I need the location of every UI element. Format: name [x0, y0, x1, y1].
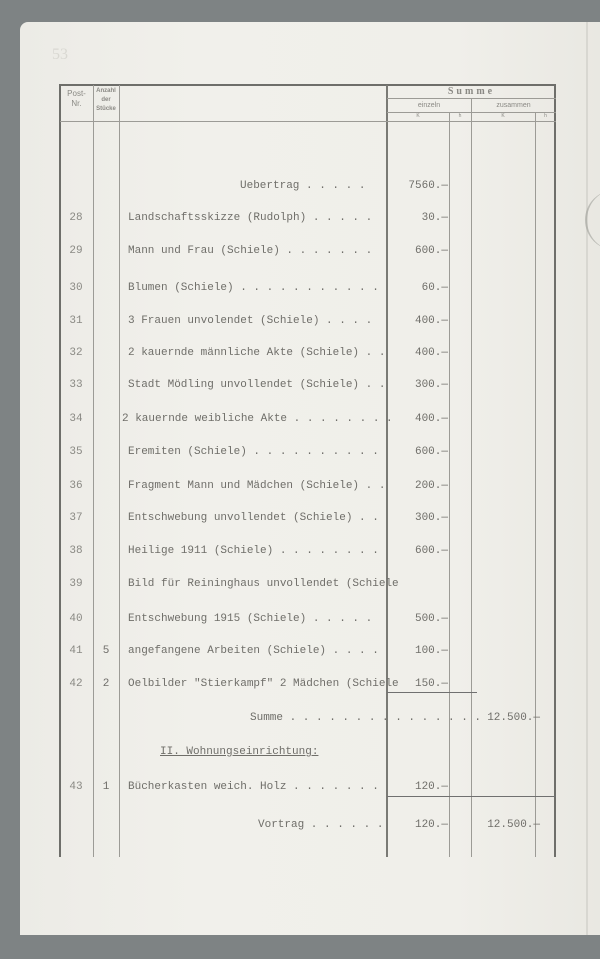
header-summe: Summe: [387, 87, 556, 97]
carry-out-label: Vortrag . . . . . .: [258, 819, 383, 831]
section-heading-row: II. Wohnungseinrichtung:: [0, 746, 600, 762]
table-row: 36Fragment Mann und Mädchen (Schiele) . …: [0, 480, 600, 496]
subtotal-row: Summe . . . . . . . . . . . . . . . 12.5…: [0, 712, 600, 728]
header-einzeln-k: K: [387, 114, 449, 119]
table-row: 30Blumen (Schiele) . . . . . . . . . . .…: [0, 282, 600, 298]
carry-out-row: Vortrag . . . . . . 120.— 12.500.—: [0, 819, 600, 835]
pencil-page-mark: 53: [52, 46, 68, 64]
header-line-summe: [387, 98, 556, 99]
header-line-einzeln: [387, 112, 556, 113]
header-einzeln: einzeln: [387, 102, 471, 109]
inventory-table: [59, 84, 556, 857]
table-row: 313 Frauen unvolendet (Schiele) . . . .4…: [0, 315, 600, 331]
header-einzeln-h: h: [449, 114, 471, 119]
table-row: 35Eremiten (Schiele) . . . . . . . . . .…: [0, 446, 600, 462]
subtotal-label: Summe . . . . . . . . . . . . . . .: [250, 712, 481, 724]
header-anzahl: Anzahl der Stücke: [93, 87, 119, 114]
carry-out-underline: [387, 796, 556, 797]
col-divider-post: [93, 85, 94, 857]
table-row: 40Entschwebung 1915 (Schiele) . . . . .5…: [0, 613, 600, 629]
table-row: 29Mann und Frau (Schiele) . . . . . . .6…: [0, 245, 600, 261]
carry-out-einzeln: 120.—: [415, 819, 448, 831]
col-divider-anzahl: [119, 85, 120, 857]
subtotal-zusammen: 12.500.—: [487, 712, 540, 724]
subtotal-underline: [387, 692, 477, 693]
table-row: 37Entschwebung unvollendet (Schiele) . .…: [0, 512, 600, 528]
header-zusammen-k: K: [471, 114, 535, 119]
table-row: 39Bild für Reininghaus unvollendet (Schi…: [0, 578, 600, 594]
table-row: 342 kauernde weibliche Akte . . . . . . …: [0, 413, 600, 429]
table-row: 33Stadt Mödling unvollendet (Schiele) . …: [0, 379, 600, 395]
header-line-bottom: [60, 121, 556, 122]
page-fold: [586, 22, 588, 935]
carry-out-zusammen: 12.500.—: [487, 819, 540, 831]
carry-in-label: Uebertrag . . . . .: [240, 180, 365, 192]
header-post-nr: Post- Nr.: [60, 89, 93, 109]
carry-in-einzeln: 7560.—: [408, 180, 448, 192]
header-zusammen-h: h: [535, 114, 556, 119]
header-zusammen: zusammen: [471, 102, 556, 109]
table-row: 38Heilige 1911 (Schiele) . . . . . . . .…: [0, 545, 600, 561]
table-row: 431Bücherkasten weich. Holz . . . . . . …: [0, 781, 600, 797]
carry-in-row: Uebertrag . . . . . 7560.—: [0, 180, 600, 196]
table-row: 415angefangene Arbeiten (Schiele) . . . …: [0, 645, 600, 661]
section-title: II. Wohnungseinrichtung:: [160, 746, 318, 758]
table-row: 422Oelbilder "Stierkampf" 2 Mädchen (Sch…: [0, 678, 600, 694]
col-divider-summe: [386, 85, 388, 857]
table-row: 322 kauernde männliche Akte (Schiele) . …: [0, 347, 600, 363]
table-row: 28Landschaftsskizze (Rudolph) . . . . .3…: [0, 212, 600, 228]
